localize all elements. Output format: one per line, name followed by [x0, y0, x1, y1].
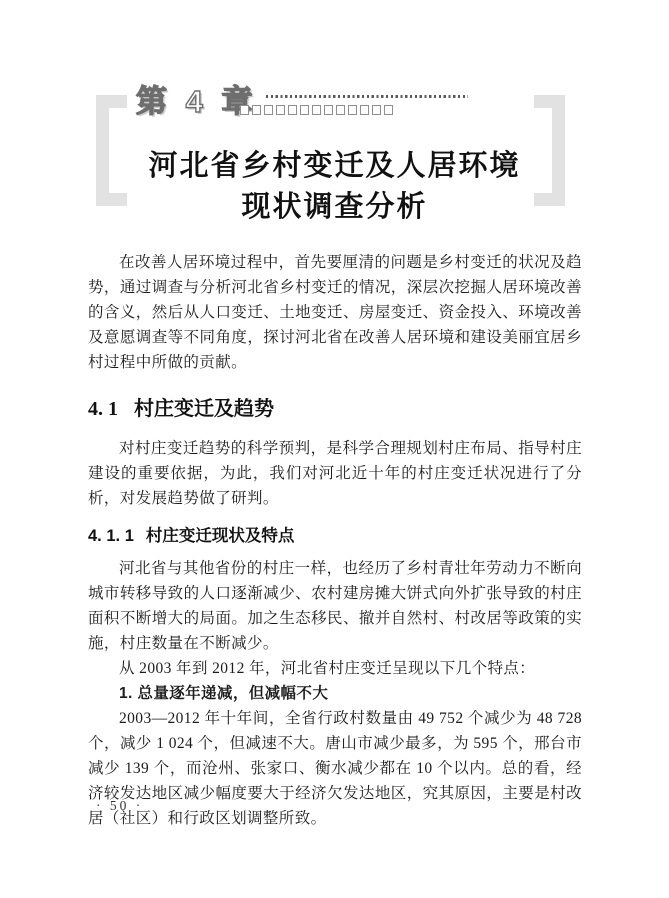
chapter-title-line2: 现状调查分析 — [241, 191, 427, 223]
section-4-1-1-paragraph1: 河北省与其他省份的村庄一样，也经历了乡村青壮年劳动力不断向城市转移导致的人口逐渐… — [88, 556, 582, 656]
chapter-title: 河北省乡村变迁及人居环境 现状调查分析 — [0, 146, 669, 228]
point1-paragraph: 2003—2012 年十年间，全省行政村数量由 49 752 个减少为 48 7… — [88, 706, 582, 831]
page-content: 在改善人居环境过程中，首先要厘清的问题是乡村变迁的状况及趋势，通过调查与分析河北… — [88, 250, 582, 831]
page-number: · 50 · — [96, 798, 143, 814]
subsection-number: 4. 1. 1 — [88, 527, 134, 545]
chapter-title-line1: 河北省乡村变迁及人居环境 — [148, 150, 520, 182]
squares-decoration — [240, 105, 393, 115]
section-number: 4. 1 — [88, 398, 118, 420]
section-4-1-1-paragraph2: 从 2003 年到 2012 年，河北省村庄变迁呈现以下几个特点： — [88, 656, 582, 681]
section-4-1-paragraph: 对村庄变迁趋势的科学预判，是科学合理规划村庄布局、指导村庄建设的重要依据，为此，… — [88, 436, 582, 511]
subsection-title: 村庄变迁现状及特点 — [146, 527, 295, 545]
section-title: 村庄变迁及趋势 — [134, 398, 274, 420]
dotted-line-decoration — [266, 95, 468, 98]
section-heading-4-1: 4. 1村庄变迁及趋势 — [88, 395, 582, 423]
point1-heading: 1. 总量逐年递减，但减幅不大 — [88, 681, 582, 706]
section-heading-4-1-1: 4. 1. 1村庄变迁现状及特点 — [88, 524, 582, 548]
book-page: 第 4 章 河北省乡村变迁及人居环境 现状调查分析 在改善人居环境过程中，首先要… — [0, 0, 669, 898]
intro-paragraph: 在改善人居环境过程中，首先要厘清的问题是乡村变迁的状况及趋势，通过调查与分析河北… — [88, 250, 582, 375]
